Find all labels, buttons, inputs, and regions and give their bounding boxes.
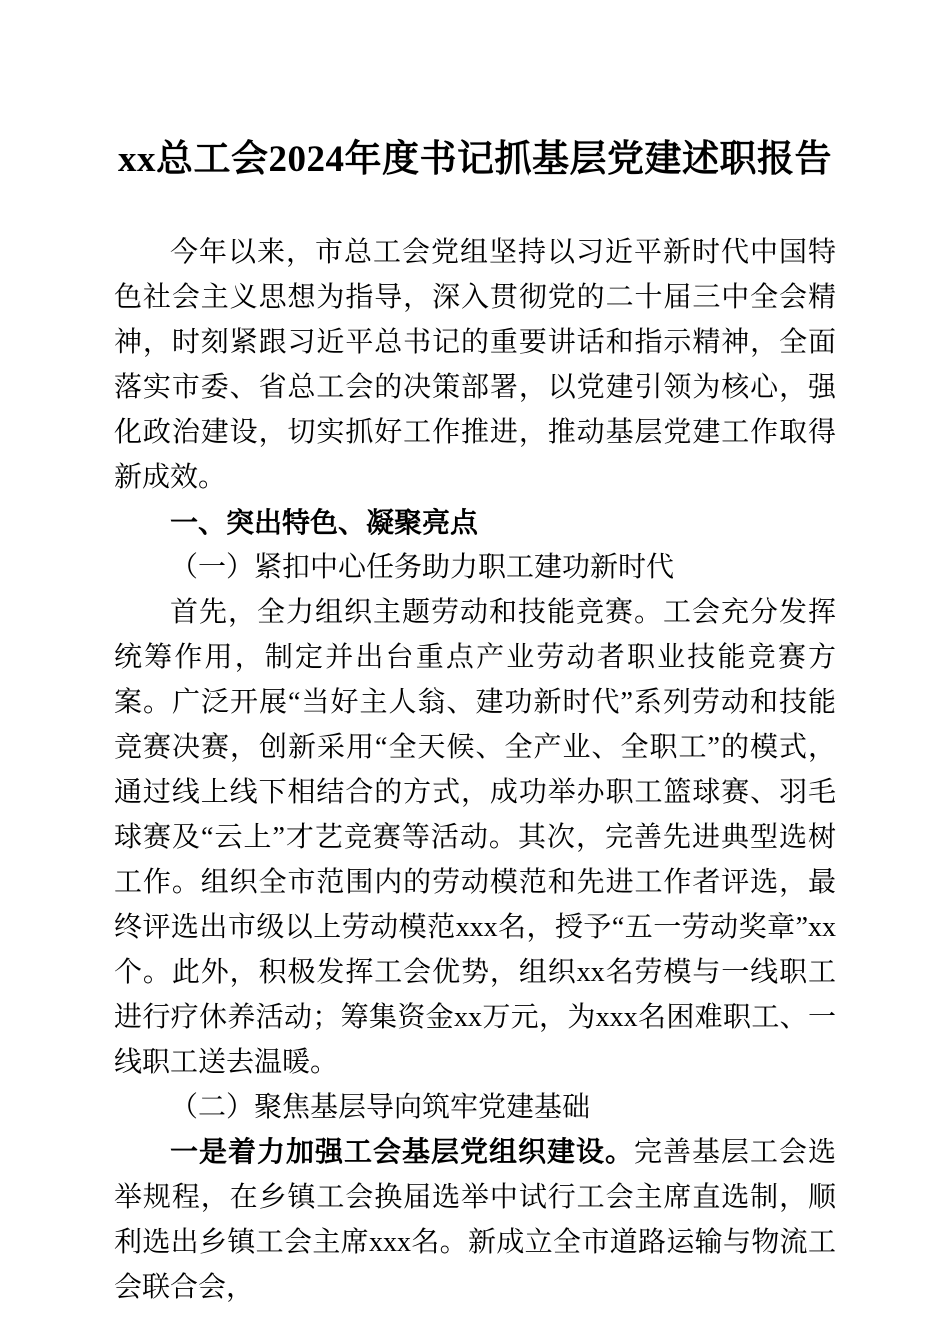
paragraph-bold-lead: 一是着力加强工会基层党组织建设。 [170, 1137, 634, 1168]
intro-paragraph: 今年以来，市总工会党组坚持以习近平新时代中国特色社会主义思想为指导，深入贯彻党的… [114, 230, 836, 500]
subsection-1-paragraph: 首先，全力组织主题劳动和技能竞赛。工会充分发挥统筹作用，制定并出台重点产业劳动者… [114, 590, 836, 1085]
document-title: xx总工会2024年度书记抓基层党建述职报告 [114, 137, 836, 182]
subsection-heading-2: （二）聚焦基层导向筑牢党建基础 [114, 1085, 836, 1130]
document-page: xx总工会2024年度书记抓基层党建述职报告 今年以来，市总工会党组坚持以习近平… [0, 0, 950, 1344]
section-heading-1: 一、突出特色、凝聚亮点 [114, 500, 836, 545]
subsection-heading-1: （一）紧扣中心任务助力职工建功新时代 [114, 545, 836, 590]
subsection-2-paragraph: 一是着力加强工会基层党组织建设。完善基层工会选举规程，在乡镇工会换届选举中试行工… [114, 1130, 836, 1310]
